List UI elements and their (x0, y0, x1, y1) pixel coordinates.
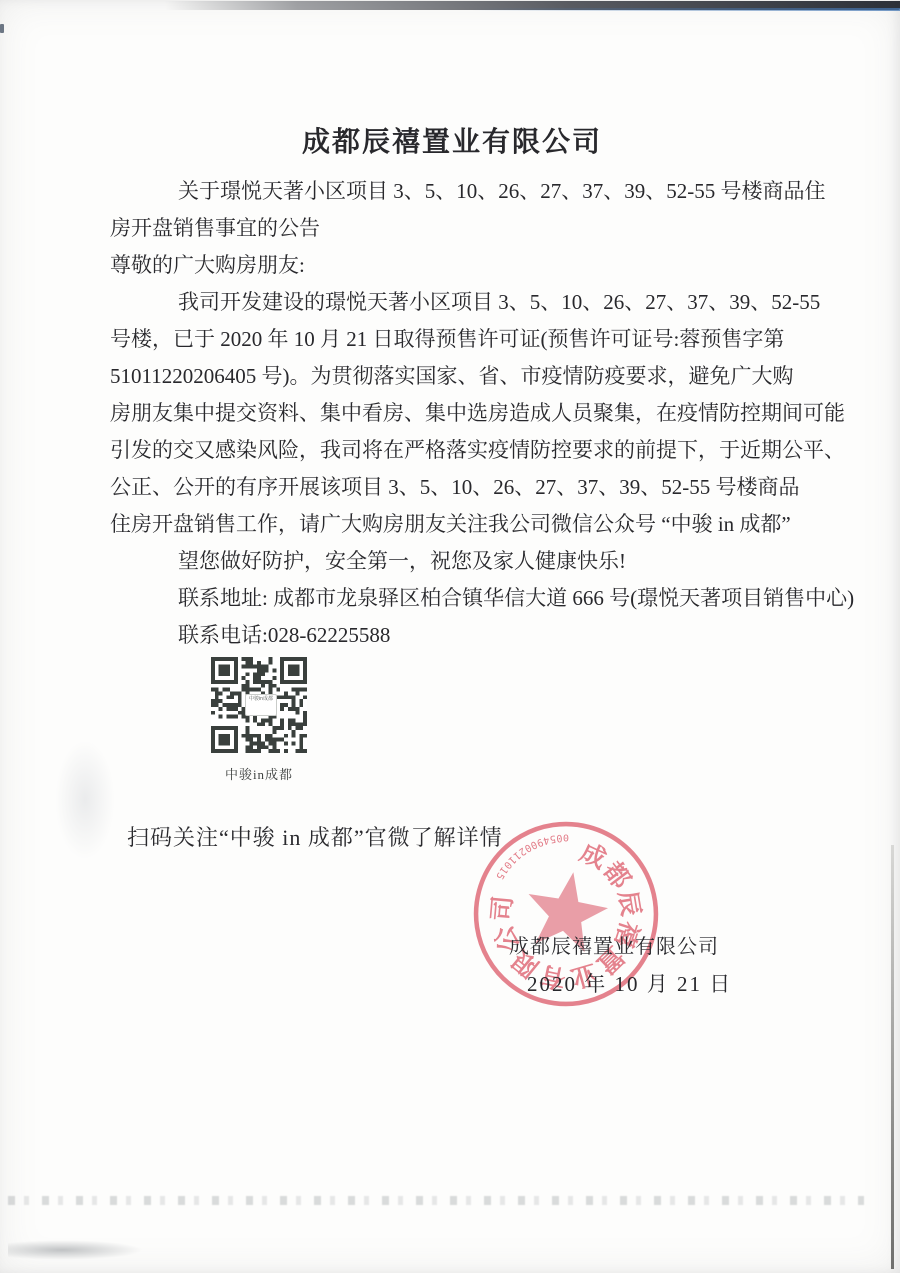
scan-artifact-bottom-smudge (8, 1240, 143, 1260)
qr-center-logo: 中骏in成都 (245, 694, 277, 716)
scan-artifact-top-edge (165, 1, 900, 10)
signature-company: 成都辰禧置业有限公司 (509, 930, 719, 959)
svg-text:0: 0 (563, 832, 569, 843)
scan-artifact-left-smudge (55, 740, 115, 860)
qr-code: 中骏in成都 (211, 657, 307, 753)
document-body: 成都辰禧置业有限公司 关于璟悦天著小区项目 3、5、10、26、27、37、39… (110, 124, 794, 654)
svg-text:司: 司 (488, 895, 518, 923)
body-line: 引发的交又感染风险，我司将在严格落实疫情防控要求的前提下，于近期公平、 (110, 432, 794, 469)
body-line: 号楼，已于 2020 年 10 月 21 日取得预售许可证(预售许可证号:蓉预售… (110, 321, 794, 358)
body-line: 房朋友集中提交资料、集中看房、集中选房造成人员聚集，在疫情防控期间可能 (110, 395, 794, 432)
body-line: 住房开盘销售工作，请广大购房朋友关注我公司微信公众号 “中骏 in 成都” (110, 506, 794, 543)
wish-line: 望您做好防护，安全第一，祝您及家人健康快乐! (110, 543, 794, 580)
company-title: 成都辰禧置业有限公司 (110, 124, 794, 162)
salutation: 尊敬的广大购房朋友: (110, 247, 794, 284)
scan-artifact-right-edge (891, 845, 894, 1269)
subject-line-2: 房开盘销售事宜的公告 (110, 210, 794, 247)
contact-address: 联系地址: 成都市龙泉驿区柏合镇华信大道 666 号(璟悦天著项目销售中心) (110, 580, 794, 617)
signature-date: 2020 年 10 月 21 日 (527, 968, 732, 998)
body-line: 51011220206405 号)。为贯彻落实国家、省、市疫情防疫要求，避免广大… (110, 358, 794, 395)
scanned-document-page: 成都辰禧置业有限公司 关于璟悦天著小区项目 3、5、10、26、27、37、39… (0, 0, 900, 1273)
svg-text:辰: 辰 (613, 889, 645, 919)
contact-phone: 联系电话:028-62225588 (110, 617, 794, 654)
scan-artifact-top-blue-edge (470, 8, 900, 11)
scan-follow-note: 扫码关注“中骏 in 成都”官微了解详情 (127, 821, 503, 852)
qr-caption: 中骏in成都 (186, 764, 332, 783)
svg-text:0: 0 (556, 832, 563, 843)
scan-artifact-bottom-band (8, 1196, 864, 1205)
body-line: 公正、公开的有序开展该项目 3、5、10、26、27、37、39、52-55 号… (110, 469, 794, 506)
body-line: 我司开发建设的璟悦天著小区项目 3、5、10、26、27、37、39、52-55 (110, 284, 794, 321)
subject-line-1: 关于璟悦天著小区项目 3、5、10、26、27、37、39、52-55 号楼商品… (110, 173, 794, 210)
scan-artifact-left-speck (0, 24, 4, 33)
